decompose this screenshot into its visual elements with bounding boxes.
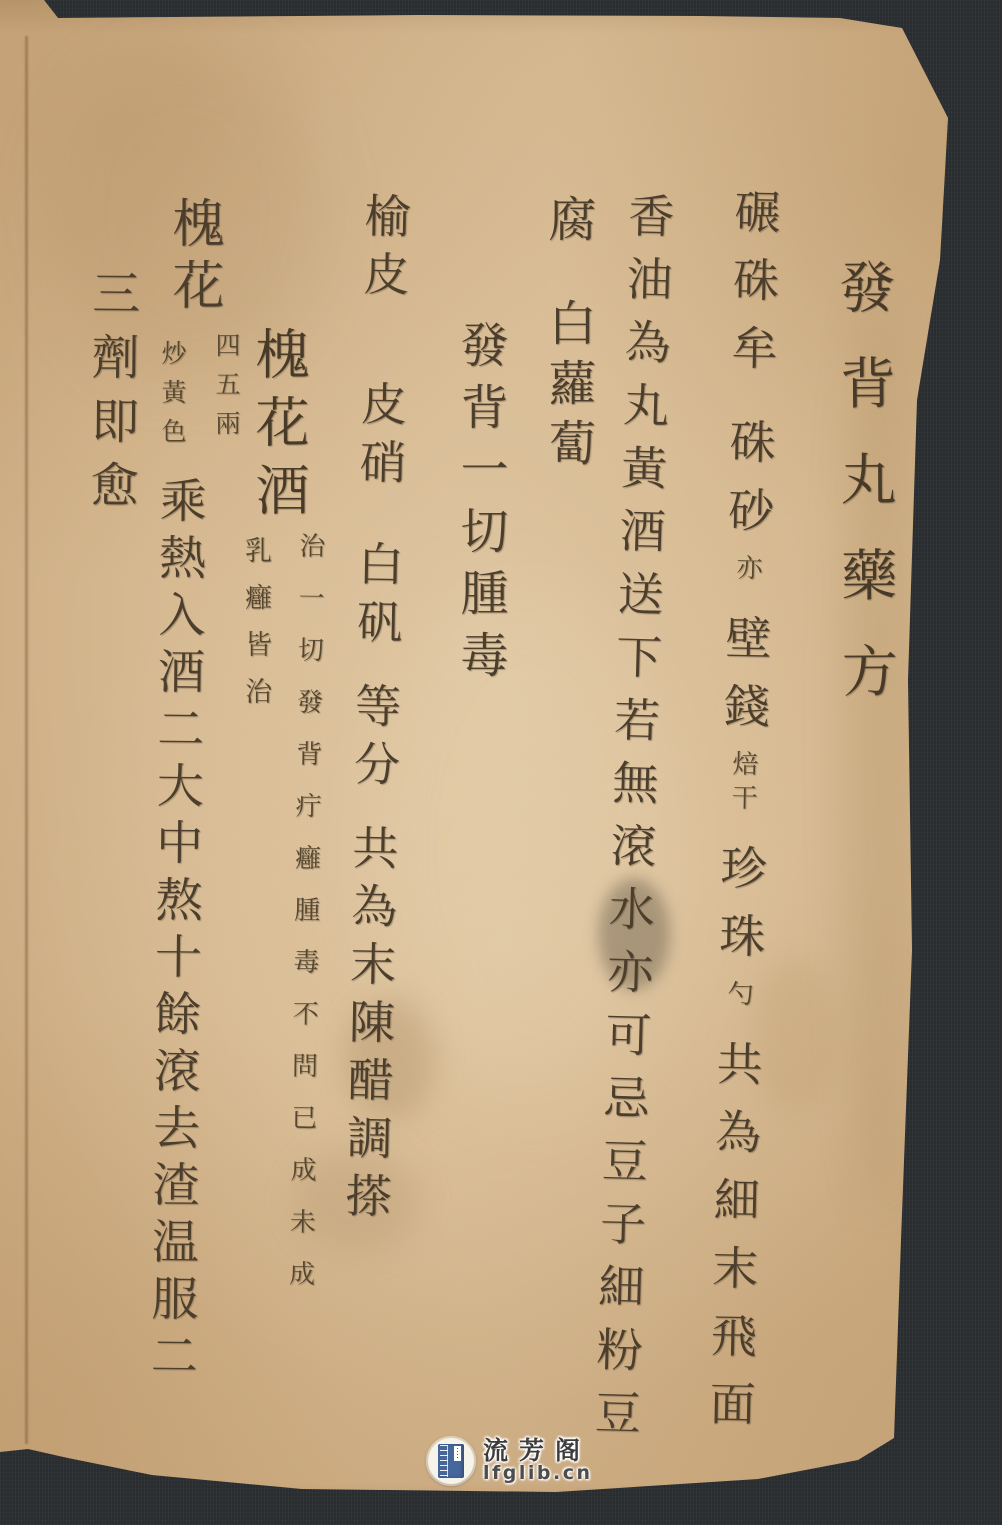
prescription1-title: 發背丸藥方 (822, 258, 905, 739)
ingredient: 碾硃牟 (724, 187, 782, 392)
binding-crease (24, 36, 29, 1444)
preparation: 共為末陳醋調搽 (338, 823, 400, 1230)
scanned-page: 發背丸藥方 碾硃牟硃砂亦壁錢焙干珍珠勺共為細末飛面 香油為丸黃酒送下若無滾水亦可… (0, 0, 1002, 1525)
prescription3-indication-extra: 乳癰皆治 (236, 536, 275, 724)
prescription3-ingredient-prep-note: 炒黃色 (154, 340, 190, 457)
prescription3-title: 槐花酒 (240, 326, 317, 530)
ingredient-note: 亦 (732, 554, 763, 589)
ingredient: 珍珠 (711, 843, 768, 980)
ingredient: 硃砂 (720, 417, 777, 554)
prescription1-ingredients-column: 碾硃牟硃砂亦壁錢焙干珍珠勺共為細末飛面 (696, 187, 788, 1448)
prescription3-usage-column: 乘熱入酒二大中熬十餘滾去渣温服二 (136, 476, 213, 1389)
prescription3-ingredient: 槐花 (156, 196, 231, 320)
ingredient: 榆皮 (356, 191, 412, 308)
watermark-site-name: 流芳阁 (483, 1438, 593, 1464)
taboo-item: 腐 (540, 194, 596, 254)
taboo-item: 白蘿蔔 (540, 298, 596, 478)
watermark-badge (428, 1438, 474, 1484)
prescription1-taboo-column: 腐白蘿蔔 (534, 194, 603, 478)
watermark: 流芳阁 lfglib.cn (428, 1438, 593, 1484)
dose: 等分 (346, 681, 402, 798)
manuscript-paper: 發背丸藥方 碾硃牟硃砂亦壁錢焙干珍珠勺共為細末飛面 香油為丸黃酒送下若無滾水亦可… (0, 0, 1002, 1525)
chinese-stitched-book-icon (438, 1444, 464, 1478)
prescription2-ingredients-column: 榆皮皮硝白矾等分共為末陳醋調搽 (332, 191, 418, 1230)
ingredient: 皮硝 (352, 379, 408, 496)
ingredient-note: 勺 (723, 980, 754, 1015)
ingredient: 白矾 (349, 539, 405, 656)
preparation: 共為細末飛面 (702, 1039, 765, 1448)
watermark-text: 流芳阁 lfglib.cn (483, 1438, 593, 1484)
prescription3-indication: 治一切發背疔癰腫毒不問已成未成 (281, 532, 329, 1312)
ingredient: 壁錢 (716, 613, 773, 750)
watermark-site-url: lfglib.cn (483, 1464, 593, 1484)
prescription3-ingredient-dose-note: 四五兩 (208, 332, 244, 449)
ingredient-note: 焙干 (727, 750, 758, 819)
prescription2-subtitle: 發背一切腫毒 (446, 320, 515, 692)
prescription3-usage-end-column: 三劑即愈 (76, 268, 147, 525)
